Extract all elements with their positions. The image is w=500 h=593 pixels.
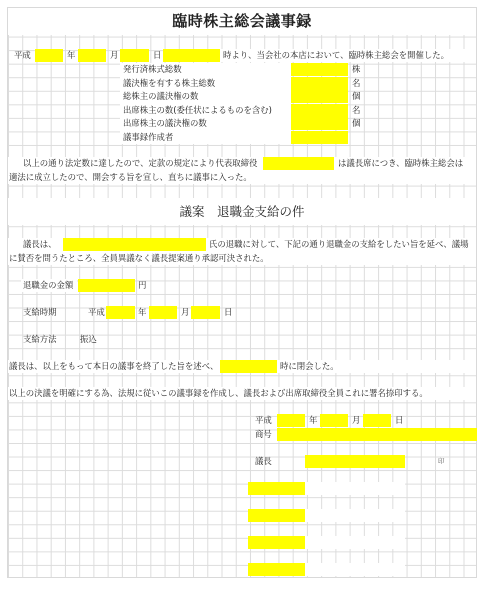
stat-label-attending-votes: 出席株主の議決権の数 bbox=[123, 117, 207, 130]
opening-month-input[interactable] bbox=[78, 49, 106, 62]
retiree-name-input[interactable] bbox=[63, 238, 206, 251]
signature-day-input[interactable] bbox=[363, 414, 391, 427]
company-name-input[interactable] bbox=[277, 428, 477, 441]
payment-year-label: 年 bbox=[138, 306, 146, 319]
closing-hour-input[interactable] bbox=[220, 360, 277, 373]
opening-day-label: 日 bbox=[153, 49, 161, 62]
stat-input-voting-shareholders[interactable] bbox=[291, 77, 348, 90]
signature-era-label: 平成 bbox=[255, 414, 272, 427]
payment-year-input[interactable] bbox=[106, 306, 135, 319]
payment-month-label: 月 bbox=[181, 306, 189, 319]
opening-sentence: 時より、当会社の本店において、臨時株主総会を開催した。 bbox=[223, 49, 449, 62]
opening-month-label: 月 bbox=[110, 49, 118, 62]
quorum-line1-post: は議長席につき、臨時株主総会は bbox=[338, 157, 463, 170]
quorum-line1-pre: 以上の通り法定数に達したので、定款の規定により代表取締役 bbox=[23, 157, 257, 170]
payment-era-label: 平成 bbox=[88, 306, 105, 319]
attestation-text: 以上の決議を明確にする為、法規に従いこの議事録を作成し、議長および出席取締役全員… bbox=[9, 387, 428, 400]
payment-method-value: 振込 bbox=[80, 333, 97, 346]
stat-label-issued-shares: 発行済株式総数 bbox=[123, 63, 182, 76]
stat-unit-attending-votes: 個 bbox=[352, 117, 360, 130]
agenda-line2: に賛否を問うたところ、全員異議なく議長提案通り承認可決された。 bbox=[9, 252, 269, 265]
signature-month-input[interactable] bbox=[320, 414, 348, 427]
chair-label: 議長 bbox=[255, 455, 272, 468]
stat-unit-voting-shareholders: 名 bbox=[352, 77, 360, 90]
director-signature-area-2[interactable] bbox=[305, 509, 405, 522]
stat-input-total-votes[interactable] bbox=[291, 90, 348, 103]
retirement-amount-unit: 円 bbox=[138, 279, 146, 292]
director-signature-area-1[interactable] bbox=[305, 482, 405, 495]
director-name-input-3[interactable] bbox=[248, 536, 305, 549]
opening-year-input[interactable] bbox=[35, 49, 63, 62]
agenda-line1-pre: 議長は、 bbox=[23, 238, 57, 251]
payment-day-input[interactable] bbox=[191, 306, 220, 319]
stat-input-attending-shareholders[interactable] bbox=[291, 104, 348, 117]
opening-year-label: 年 bbox=[67, 49, 75, 62]
payment-timing-label: 支給時期 bbox=[23, 306, 57, 319]
director-name-input-4[interactable] bbox=[248, 563, 305, 576]
stat-input-minutes-author[interactable] bbox=[291, 131, 348, 144]
document-title: 臨時株主総会議事録 bbox=[8, 8, 476, 35]
signature-year-input[interactable] bbox=[277, 414, 305, 427]
stat-label-total-votes: 総株主の議決権の数 bbox=[123, 90, 198, 103]
closing-pre: 議長は、以上をもって本日の議事を終了した旨を述べ、 bbox=[9, 360, 218, 373]
stat-unit-attending-shareholders: 名 bbox=[352, 104, 360, 117]
chair-seal-mark: 印 bbox=[438, 455, 445, 468]
chair-name-input[interactable] bbox=[305, 455, 405, 468]
stat-input-issued-shares[interactable] bbox=[291, 63, 348, 76]
opening-day-input[interactable] bbox=[120, 49, 149, 62]
director-signature-area-4[interactable] bbox=[305, 563, 405, 576]
stat-unit-total-votes: 個 bbox=[352, 90, 360, 103]
agenda-title: 議案 退職金支給の件 bbox=[8, 198, 476, 225]
stat-input-attending-votes[interactable] bbox=[291, 117, 348, 130]
retirement-amount-input[interactable] bbox=[78, 279, 135, 292]
agenda-line1-post: 氏の退職に対して、下記の通り退職金の支給をしたい旨を延べ、議場 bbox=[209, 238, 468, 251]
closing-post: 時に閉会した。 bbox=[280, 360, 339, 373]
director-signature-area-3[interactable] bbox=[305, 536, 405, 549]
payment-day-label: 日 bbox=[224, 306, 232, 319]
retirement-amount-label: 退職金の金額 bbox=[23, 279, 73, 292]
opening-era-label: 平成 bbox=[14, 49, 31, 62]
stat-label-attending-shareholders: 出席株主の数(委任状によるものを含む) bbox=[123, 104, 272, 117]
company-name-label: 商号 bbox=[255, 428, 272, 441]
opening-hour-input[interactable] bbox=[163, 49, 220, 62]
stat-label-minutes-author: 議事録作成者 bbox=[123, 131, 173, 144]
director-name-input-2[interactable] bbox=[248, 509, 305, 522]
signature-month-label: 月 bbox=[352, 414, 360, 427]
stat-unit-issued-shares: 株 bbox=[352, 63, 360, 76]
signature-day-label: 日 bbox=[395, 414, 403, 427]
quorum-line2: 適法に成立したので、開会する旨を宣し、直ちに議事に入った。 bbox=[9, 171, 252, 184]
representative-director-input[interactable] bbox=[263, 157, 334, 170]
payment-method-label: 支給方法 bbox=[23, 333, 57, 346]
signature-year-label: 年 bbox=[309, 414, 317, 427]
director-name-input-1[interactable] bbox=[248, 482, 305, 495]
payment-month-input[interactable] bbox=[149, 306, 177, 319]
stat-label-voting-shareholders: 議決権を有する株主総数 bbox=[123, 77, 215, 90]
